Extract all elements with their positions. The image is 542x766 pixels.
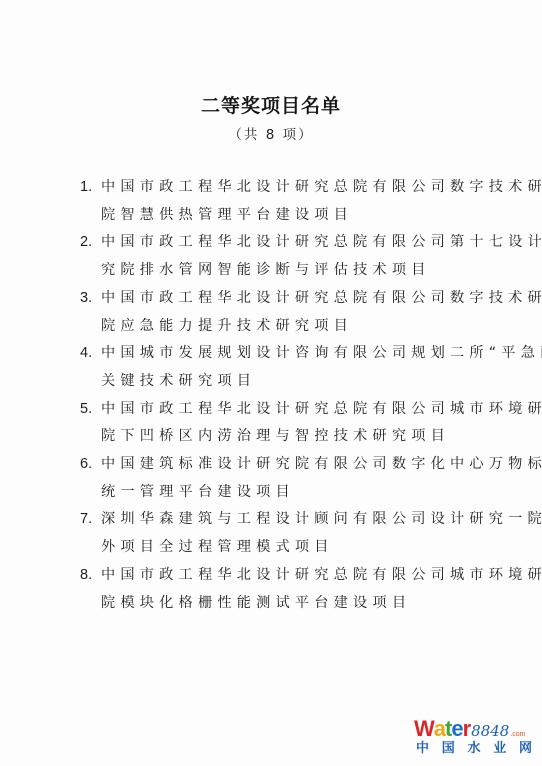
item-number: 5. (80, 396, 92, 424)
item-text-line: 中国市政工程华北设计研究总院有限公司城市环境研究 (101, 396, 470, 424)
watermark-digits: 8848 (471, 720, 509, 742)
list-item: 4. 中国城市发展规划设计咨询有限公司规划二所“平急两用” 关键技术研究项目 (80, 340, 470, 395)
watermark-char: 国 (442, 741, 455, 757)
item-text-line: 究院排水管网智能诊断与评估技术项目 (101, 257, 470, 285)
watermark-letter: r (463, 718, 471, 740)
watermark-letter: e (451, 718, 462, 740)
watermark-letter: W (414, 718, 434, 740)
item-text-line: 深圳华森建筑与工程设计顾问有限公司设计研究一院海 (101, 506, 470, 534)
list-item: 6. 中国建筑标准设计研究院有限公司数字化中心万物标识 统一管理平台建设项目 (80, 451, 470, 506)
item-text-line: 中国市政工程华北设计研究总院有限公司数字技术研究 (101, 285, 470, 313)
watermark-char: 水 (467, 741, 480, 757)
item-text-line: 中国建筑标准设计研究院有限公司数字化中心万物标识 (101, 451, 470, 479)
watermark-char: 业 (493, 741, 506, 757)
item-number: 1. (80, 174, 92, 202)
item-number: 6. (80, 451, 92, 479)
item-text-line: 中国市政工程华北设计研究总院有限公司第十七设计研 (101, 229, 470, 257)
item-text-line: 院智慧供热管理平台建设项目 (101, 202, 470, 230)
watermark-letter: a (434, 718, 445, 740)
item-text-line: 外项目全过程管理模式项目 (101, 534, 470, 562)
item-text-line: 院应急能力提升技术研究项目 (101, 313, 470, 341)
item-count-subtitle: （共 8 项） (0, 124, 542, 146)
list-item: 5. 中国市政工程华北设计研究总院有限公司城市环境研究 院下凹桥区内涝治理与智控… (80, 396, 470, 451)
list-item: 7. 深圳华森建筑与工程设计顾问有限公司设计研究一院海 外项目全过程管理模式项目 (80, 506, 470, 561)
document-title: 二等奖项目名单 (0, 93, 542, 119)
list-item: 2. 中国市政工程华北设计研究总院有限公司第十七设计研 究院排水管网智能诊断与评… (80, 229, 470, 284)
item-text-line: 关键技术研究项目 (101, 368, 470, 396)
item-number: 3. (80, 285, 92, 313)
water8848-watermark-logo: W a t e r 8848 .com 中 国 水 业 网 (414, 718, 536, 760)
watermark-wordmark: W a t e r 8848 .com (414, 718, 536, 740)
item-number: 7. (80, 506, 92, 534)
list-item: 8. 中国市政工程华北设计研究总院有限公司城市环境研究 院模块化格栅性能测试平台… (80, 562, 470, 617)
item-text-line: 统一管理平台建设项目 (101, 479, 470, 507)
document-page: 二等奖项目名单 （共 8 项） 1. 中国市政工程华北设计研究总院有限公司数字技… (0, 0, 542, 766)
list-item: 1. 中国市政工程华北设计研究总院有限公司数字技术研究 院智慧供热管理平台建设项… (80, 174, 470, 229)
item-number: 4. (80, 340, 92, 368)
watermark-char: 中 (416, 741, 429, 757)
item-text-line: 中国市政工程华北设计研究总院有限公司城市环境研究 (101, 562, 470, 590)
item-number: 8. (80, 562, 92, 590)
list-item: 3. 中国市政工程华北设计研究总院有限公司数字技术研究 院应急能力提升技术研究项… (80, 285, 470, 340)
award-project-list: 1. 中国市政工程华北设计研究总院有限公司数字技术研究 院智慧供热管理平台建设项… (80, 174, 470, 617)
item-number: 2. (80, 229, 92, 257)
watermark-char: 网 (519, 741, 532, 757)
item-text-line: 院下凹桥区内涝治理与智控技术研究项目 (101, 423, 470, 451)
item-text-line: 中国城市发展规划设计咨询有限公司规划二所“平急两用” (101, 340, 470, 368)
item-text-line: 中国市政工程华北设计研究总院有限公司数字技术研究 (101, 174, 470, 202)
item-text-line: 院模块化格栅性能测试平台建设项目 (101, 590, 470, 618)
